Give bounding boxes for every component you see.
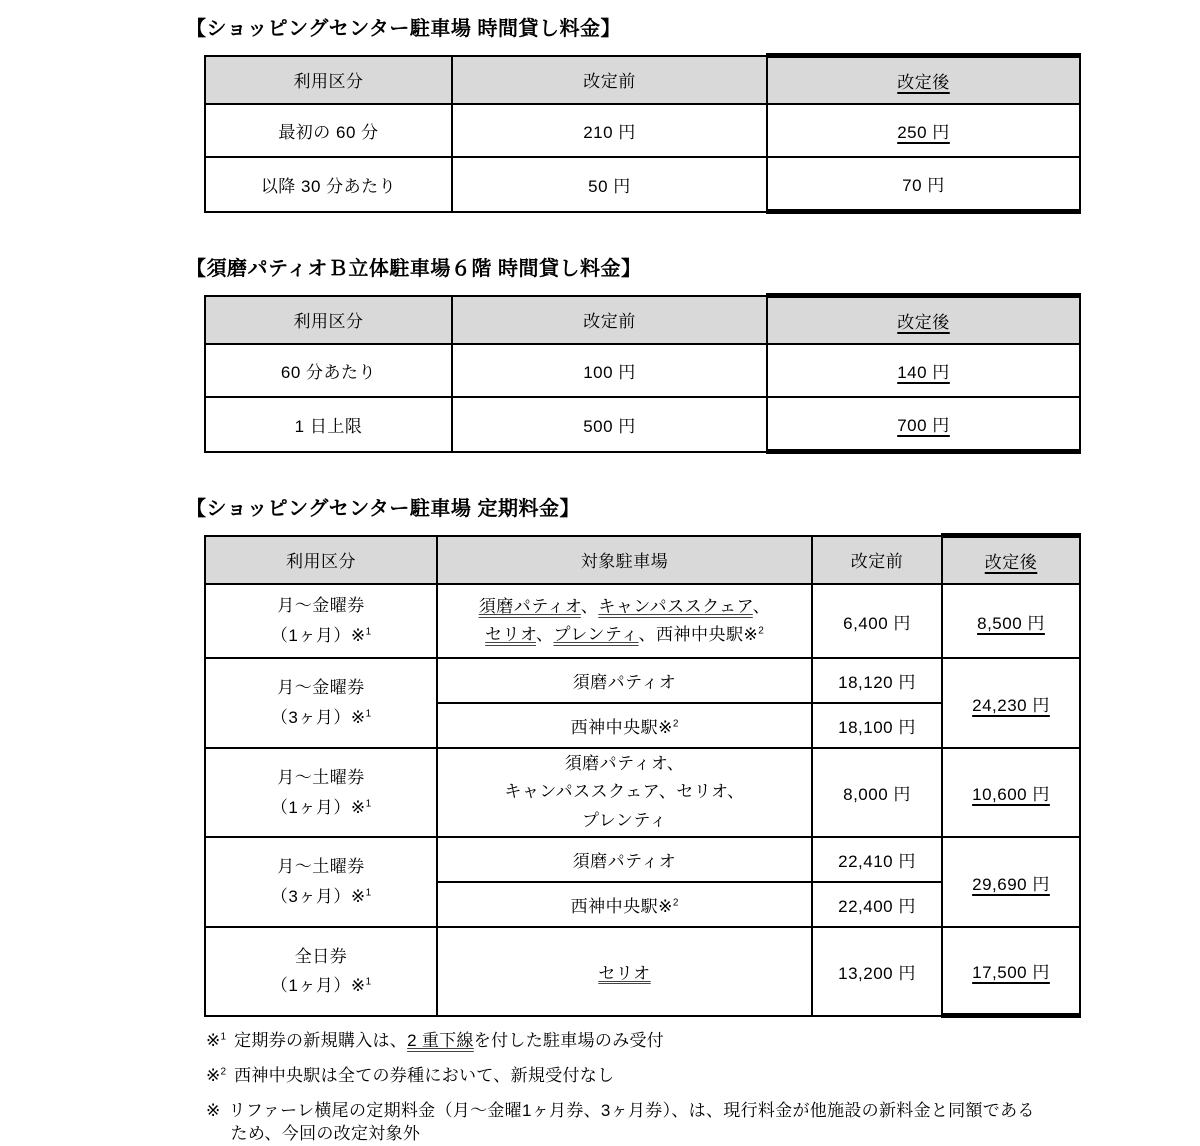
cell-before: 500 円: [452, 397, 767, 452]
footnote-marker: ※: [206, 1100, 221, 1146]
header-before: 改定前: [812, 536, 942, 585]
table-row: 以降 30 分あたり 50 円 70 円: [205, 157, 1080, 212]
hourly-fee-table-suma-patio: 利用区分 改定前 改定後 60 分あたり 100 円 140 円 1 日上限 5…: [204, 293, 1081, 454]
cell-category: 最初の 60 分: [205, 104, 452, 157]
hourly-fee-table-shopping-center: 利用区分 改定前 改定後 最初の 60 分 210 円 250 円 以降 30 …: [204, 53, 1081, 214]
table-row-mon-fri-1month: 月～金曜券 （1ヶ月）※1 須磨パティオ、キャンパススクェア、 セリオ、プレンテ…: [205, 584, 1080, 658]
header-after: 改定後: [942, 536, 1080, 585]
section-title-hourly-suma-patio: 【須磨パティオＢ立体駐車場６階 時間貸し料金】: [186, 252, 1200, 281]
table-row-mon-sat-1month: 月～土曜券 （1ヶ月）※1 須磨パティオ、 キャンパススクェア、セリオ、 プレン…: [205, 748, 1080, 837]
cell-category: 以降 30 分あたり: [205, 157, 452, 212]
cell-lots: 西神中央駅※2: [437, 703, 812, 748]
cell-after: 10,600 円: [942, 748, 1080, 837]
cell-category: 60 分あたり: [205, 344, 452, 397]
section-title-periodic-fees: 【ショッピングセンター駐車場 定期料金】: [186, 492, 1200, 521]
cell-lots: セリオ: [437, 927, 812, 1016]
cell-before: 13,200 円: [812, 927, 942, 1016]
table-row: 最初の 60 分 210 円 250 円: [205, 104, 1080, 157]
cell-lots: 須磨パティオ: [437, 658, 812, 703]
periodic-fee-table: 利用区分 対象駐車場 改定前 改定後 月～金曜券 （1ヶ月）※1 須磨パティオ、…: [204, 533, 1081, 1018]
table-row-all-day-1month: 全日券 （1ヶ月）※1 セリオ 13,200 円 17,500 円: [205, 927, 1080, 1016]
table-header-row: 利用区分 改定前 改定後: [205, 56, 1080, 105]
table-header-row: 利用区分 改定前 改定後: [205, 296, 1080, 345]
cell-after: 29,690 円: [942, 837, 1080, 927]
header-before: 改定前: [452, 296, 767, 345]
footnote-1: ※1 定期券の新規購入は、2 重下線を付した駐車場のみ受付: [206, 1030, 1200, 1053]
cell-after: 17,500 円: [942, 927, 1080, 1016]
header-category: 利用区分: [205, 296, 452, 345]
cell-before: 18,120 円: [812, 658, 942, 703]
header-category: 利用区分: [205, 536, 437, 585]
cell-category: 全日券 （1ヶ月）※1: [205, 927, 437, 1016]
cell-lots: 西神中央駅※2: [437, 882, 812, 927]
document-page: 【ショッピングセンター駐車場 時間貸し料金】 利用区分 改定前 改定後 最初の …: [0, 0, 1200, 1146]
section-title-hourly-shopping-center: 【ショッピングセンター駐車場 時間貸し料金】: [186, 12, 1200, 41]
header-after: 改定後: [767, 56, 1080, 105]
cell-before: 22,400 円: [812, 882, 942, 927]
footnote-text: 定期券の新規購入は、2 重下線を付した駐車場のみ受付: [234, 1030, 1200, 1053]
cell-category: 月～金曜券 （1ヶ月）※1: [205, 584, 437, 658]
cell-after: 700 円: [767, 397, 1080, 452]
cell-after: 140 円: [767, 344, 1080, 397]
footnote-2: ※2 西神中央駅は全ての券種において、新規受付なし: [206, 1065, 1200, 1088]
footnote-marker: ※2: [206, 1065, 226, 1088]
cell-before: 210 円: [452, 104, 767, 157]
footnote-marker: ※1: [206, 1030, 226, 1053]
footnote-text: 西神中央駅は全ての券種において、新規受付なし: [234, 1065, 1200, 1088]
cell-after: 250 円: [767, 104, 1080, 157]
table-row: 60 分あたり 100 円 140 円: [205, 344, 1080, 397]
cell-before: 50 円: [452, 157, 767, 212]
footnotes: ※1 定期券の新規購入は、2 重下線を付した駐車場のみ受付 ※2 西神中央駅は全…: [206, 1030, 1200, 1146]
header-category: 利用区分: [205, 56, 452, 105]
cell-category: 月～土曜券 （1ヶ月）※1: [205, 748, 437, 837]
table-row-mon-fri-3month: 月～金曜券 （3ヶ月）※1 須磨パティオ 18,120 円 24,230 円: [205, 658, 1080, 703]
table-row-mon-sat-3month: 月～土曜券 （3ヶ月）※1 須磨パティオ 22,410 円 29,690 円: [205, 837, 1080, 882]
section-periodic-fees: 【ショッピングセンター駐車場 定期料金】 利用区分 対象駐車場 改定前 改定後 …: [186, 492, 1200, 1018]
cell-before: 100 円: [452, 344, 767, 397]
section-hourly-suma-patio: 【須磨パティオＢ立体駐車場６階 時間貸し料金】 利用区分 改定前 改定後 60 …: [186, 252, 1200, 454]
cell-before: 18,100 円: [812, 703, 942, 748]
header-lots: 対象駐車場: [437, 536, 812, 585]
footnote-text: リファーレ横尾の定期料金（月～金曜1ヶ月券、3ヶ月券）、は、現行料金が他施設の新…: [229, 1100, 1200, 1146]
cell-lots: 須磨パティオ、 キャンパススクェア、セリオ、 プレンティ: [437, 748, 812, 837]
cell-category: 月～土曜券 （3ヶ月）※1: [205, 837, 437, 927]
table-header-row: 利用区分 対象駐車場 改定前 改定後: [205, 536, 1080, 585]
cell-before: 6,400 円: [812, 584, 942, 658]
cell-category: 月～金曜券 （3ヶ月）※1: [205, 658, 437, 748]
header-before: 改定前: [452, 56, 767, 105]
cell-after: 70 円: [767, 157, 1080, 212]
footnote-3: ※ リファーレ横尾の定期料金（月～金曜1ヶ月券、3ヶ月券）、は、現行料金が他施設…: [206, 1100, 1200, 1146]
cell-before: 22,410 円: [812, 837, 942, 882]
cell-category: 1 日上限: [205, 397, 452, 452]
cell-before: 8,000 円: [812, 748, 942, 837]
section-hourly-shopping-center: 【ショッピングセンター駐車場 時間貸し料金】 利用区分 改定前 改定後 最初の …: [186, 12, 1200, 214]
cell-lots: 須磨パティオ: [437, 837, 812, 882]
header-after: 改定後: [767, 296, 1080, 345]
table-row: 1 日上限 500 円 700 円: [205, 397, 1080, 452]
cell-after: 8,500 円: [942, 584, 1080, 658]
cell-lots: 須磨パティオ、キャンパススクェア、 セリオ、プレンティ、西神中央駅※2: [437, 584, 812, 658]
cell-after: 24,230 円: [942, 658, 1080, 748]
